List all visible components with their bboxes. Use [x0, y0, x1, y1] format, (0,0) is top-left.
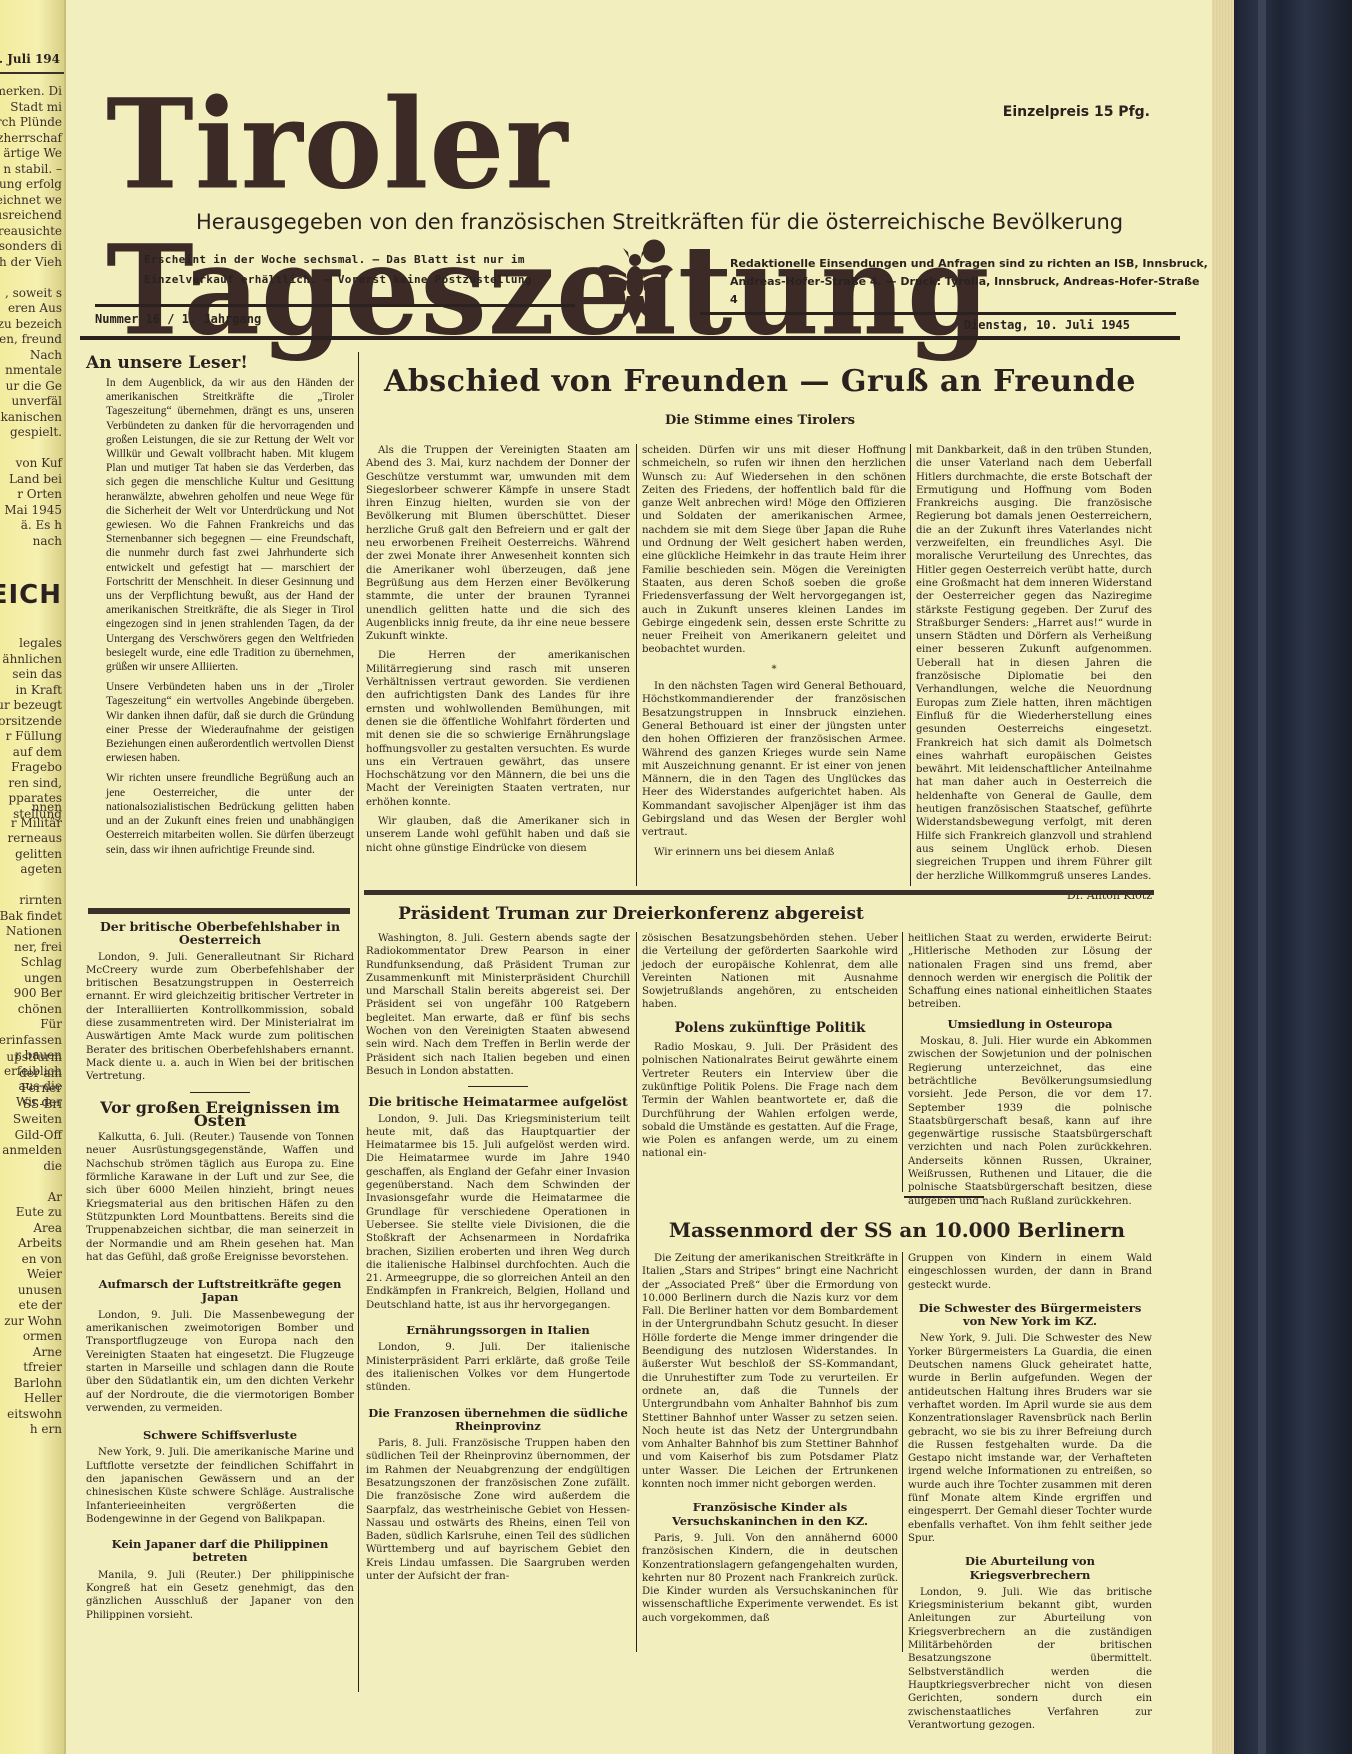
- adjacent-page-date: 9. Juli 194: [0, 52, 60, 66]
- adjacent-page-line: Mai 1945: [4, 503, 62, 517]
- book-page-edges: [1212, 0, 1234, 1754]
- leser-article: An unsere Leser! In dem Augenblick, da w…: [86, 352, 354, 863]
- adjacent-page-line: nach: [33, 534, 62, 548]
- adjacent-page-line: n stabil. –: [3, 162, 62, 176]
- adjacent-page-line: Sweiten: [13, 1112, 62, 1126]
- news-title: Schwere Schiffsverluste: [86, 1429, 354, 1442]
- news-body: Kalkutta, 6. Juli. (Reuter.) Tausende vo…: [86, 1131, 354, 1264]
- binding-stripe: [1258, 0, 1266, 1754]
- news-body: heitlichen Staat zu werden, erwiderte Be…: [908, 932, 1152, 1012]
- adjacent-page-line: Barlohn: [14, 1376, 62, 1390]
- issue-date: Dienstag, 10. Juli 1945: [964, 318, 1130, 332]
- leser-paragraph: Wir richten unsere freundliche Begrüßung…: [106, 771, 354, 856]
- publication-note-line: Erscheint in der Woche sechsmal. — Das B…: [144, 250, 532, 270]
- adjacent-page-line: SS-Bri: [23, 1097, 62, 1111]
- masthead-rule: [700, 312, 1176, 315]
- adjacent-page-line: Fragebo: [11, 760, 62, 774]
- adjacent-page-line: zur Wohn: [4, 1314, 62, 1328]
- article-paragraph: Wir glauben, daß die Amerikaner sich in …: [366, 815, 630, 855]
- adjacent-page-line: ur bezeugt: [0, 698, 62, 712]
- adjacent-page-line: Weier: [27, 1267, 62, 1281]
- adjacent-page-line: erikanischen: [0, 410, 62, 424]
- truman-article: Washington, 8. Juli. Gestern abends sagt…: [366, 932, 630, 1589]
- adjacent-page-line: Stadt mi: [10, 100, 62, 114]
- news-body: Paris, 8. Juli. Französische Truppen hab…: [366, 1437, 630, 1583]
- schwester-article: Gruppen von Kindern in einem Wald einges…: [908, 1252, 1152, 1738]
- news-body: Die Zeitung der amerikanischen Streitkrä…: [642, 1252, 898, 1491]
- adjacent-page-line: in Kraft: [16, 683, 63, 697]
- polen-article: zösischen Besatzungsbehörden stehen. Ueb…: [642, 932, 898, 1167]
- adjacent-page-line: ren sind,: [8, 776, 62, 790]
- editorial-note: Redaktionelle Einsendungen und Anfragen …: [730, 255, 1210, 309]
- adjacent-page-line: unusen: [18, 1283, 62, 1297]
- adjacent-page-line: ete der: [19, 1298, 62, 1312]
- adjacent-page-line: ähnlichen: [2, 652, 62, 666]
- adjacent-page-line: rirnten: [19, 893, 62, 907]
- adjacent-page-rule: [0, 72, 64, 74]
- adjacent-page-line: ormen: [23, 1329, 62, 1343]
- adjacent-page-line: ausreichend: [0, 208, 62, 222]
- adjacent-page-line: r Füllung: [6, 729, 62, 743]
- news-body: Washington, 8. Juli. Gestern abends sagt…: [366, 932, 630, 1078]
- news-body: London, 9. Juli. Wie das britische Krieg…: [908, 1586, 1152, 1732]
- short-divider: [904, 1196, 984, 1198]
- adjacent-page-line: r Orten: [17, 487, 62, 501]
- section-divider: [364, 890, 1154, 895]
- adjacent-page-line: unverfäl: [11, 394, 62, 408]
- editorial-note-line: Redaktionelle Einsendungen und Anfragen …: [730, 255, 1210, 273]
- adjacent-page-line: Land bei: [9, 472, 62, 486]
- massenmord-article: Die Zeitung der amerikanischen Streitkrä…: [642, 1252, 898, 1631]
- adjacent-page-line: Schlag: [21, 955, 62, 969]
- column-rule: [902, 932, 903, 1192]
- section-divider: [88, 908, 350, 914]
- news-title: Die britische Heimatarmee aufgelöst: [366, 1095, 630, 1108]
- column-rule: [910, 444, 911, 886]
- publication-note-line: Einzelverkauf erhältlich. — Vorerst kein…: [144, 270, 532, 290]
- leser-paragraph: Unsere Verbündeten haben uns in der „Tir…: [106, 680, 354, 765]
- adjacent-page-line: rch Plünde: [0, 115, 62, 129]
- umsiedlung-article: heitlichen Staat zu werden, erwiderte Be…: [908, 932, 1152, 1214]
- separator-star: *: [642, 663, 906, 676]
- main-headline: Abschied von Freunden — Gruß an Freunde: [370, 364, 1150, 399]
- adjacent-page-line: von Kuf: [16, 456, 62, 470]
- adjacent-page-line: ä. Es h: [21, 518, 62, 532]
- news-body: Paris, 9. Juli. Von den annähernd 6000 f…: [642, 1532, 898, 1625]
- adjacent-page-line: ung erfolg: [0, 177, 62, 191]
- issue-number: Nummer 16 / 1. Jahrgang: [95, 312, 261, 326]
- main-article-col-2: scheiden. Dürfen wir uns mit dieser Hoff…: [642, 444, 906, 865]
- news-body: Moskau, 8. Juli. Hier wurde ein Abkommen…: [908, 1035, 1152, 1208]
- column-rule: [636, 444, 637, 886]
- adjacent-page-line: en von: [22, 1252, 62, 1266]
- adjacent-page-line: anmelden: [2, 1143, 62, 1157]
- adjacent-page-heading: EICH: [0, 580, 62, 610]
- adjacent-page-line: , soweit s: [5, 286, 62, 300]
- news-body: Radio Moskau, 9. Juli. Der Präsident des…: [642, 1041, 898, 1161]
- adjacent-page-line: legales: [19, 636, 62, 650]
- tyrolean-eagle-icon: [595, 240, 675, 330]
- adjacent-page-line: nn Bak findet: [0, 909, 62, 923]
- publication-note: Erscheint in der Woche sechsmal. — Das B…: [144, 250, 532, 290]
- adjacent-page-line: ur die Ge: [6, 379, 62, 393]
- adjacent-page-line: ner, frei: [14, 940, 62, 954]
- news-title: Die Aburteilung von Kriegsverbrechern: [908, 1555, 1152, 1582]
- news-body: New York, 9. Juli. Die Schwester des New…: [908, 1332, 1152, 1545]
- leser-title: An unsere Leser!: [86, 352, 354, 374]
- massenmord-headline: Massenmord der SS an 10.000 Berlinern: [642, 1218, 1152, 1242]
- news-title: Polens zukünftige Politik: [642, 1022, 898, 1035]
- adjacent-page-line: Eute zu: [16, 1205, 62, 1219]
- adjacent-page-line: 900 Ber: [14, 986, 62, 1000]
- book-binding: [1234, 0, 1352, 1754]
- leser-paragraph: In dem Augenblick, da wir aus den Händen…: [106, 376, 354, 674]
- masthead-bottom-rule: [80, 336, 1180, 340]
- adjacent-page-line: Vorsitzende: [0, 714, 62, 728]
- adjacent-page-line: Nationen: [6, 924, 62, 938]
- adjacent-page-line: azherrschaf: [0, 131, 62, 145]
- masthead: Einzelpreis 15 Pfg. Tiroler Tageszeitung…: [80, 0, 1210, 335]
- news-body: zösischen Besatzungsbehörden stehen. Ueb…: [642, 932, 898, 1012]
- left-news-column: Der britische Oberbefehlshaber in Oester…: [86, 920, 354, 1628]
- news-body: London, 9. Juli. Generalleutnant Sir Ric…: [86, 951, 354, 1084]
- adjacent-page-line: sein das: [12, 667, 62, 681]
- adjacent-page-line: auf dem: [13, 745, 62, 759]
- adjacent-page-line: ungen: [24, 971, 62, 985]
- adjacent-page-line: Heller: [24, 1391, 62, 1405]
- adjacent-page-line: Arbeits: [18, 1236, 62, 1250]
- adjacent-page-line: gelitten: [15, 847, 62, 861]
- article-paragraph: Als die Truppen der Vereinigten Staaten …: [366, 444, 630, 643]
- adjacent-page-line: die: [43, 1159, 62, 1173]
- news-title: Französische Kinder als Versuchskaninche…: [642, 1501, 898, 1528]
- adjacent-page-line: h ern: [30, 1422, 62, 1436]
- adjacent-page-line: ärtige We: [3, 146, 62, 160]
- masthead-rule: [95, 304, 575, 307]
- adjacent-page-line: Ar: [48, 1190, 62, 1204]
- adjacent-page-line: r Militär: [11, 816, 62, 830]
- newspaper-subtitle: Herausgegeben von den französischen Stre…: [196, 210, 1123, 234]
- column-rule: [636, 932, 637, 1652]
- adjacent-page-line: chönen: [18, 1002, 62, 1016]
- editorial-note-line: Andreas-Hofer-Straße 4. — Druck: Tyrolia…: [730, 273, 1210, 309]
- column-rule: [358, 352, 359, 1692]
- adjacent-page-line: Ferner: [21, 1081, 62, 1095]
- news-title: Ernährungssorgen in Italien: [366, 1324, 630, 1337]
- short-divider: [190, 1092, 250, 1093]
- adjacent-page-line: sonders di: [0, 239, 62, 253]
- news-title: Kein Japaner darf die Philippinen betret…: [86, 1538, 354, 1565]
- main-article-col-3: mit Dankbarkeit, daß in den trüben Stund…: [916, 444, 1152, 902]
- adjacent-page-line: der am: [19, 1066, 62, 1080]
- article-paragraph: Wir erinnern uns bei diesem Anlaß: [642, 846, 906, 859]
- adjacent-page-line: ren, freund: [0, 332, 62, 346]
- news-title: Vor großen Ereignissen im Osten: [86, 1101, 354, 1128]
- adjacent-page-fragment: 9. Juli 194 merken. DiStadt mirch Plünde…: [0, 0, 66, 1754]
- news-title: Aufmarsch der Luftstreitkräfte gegen Jap…: [86, 1278, 354, 1305]
- adjacent-page-line: tfreier: [23, 1360, 62, 1374]
- news-body: London, 9. Juli. Die Massenbewegung der …: [86, 1309, 354, 1415]
- adjacent-page-line: Area: [33, 1221, 62, 1235]
- adjacent-page-line: ageten: [20, 862, 62, 876]
- adjacent-page-line: Für: [40, 1017, 62, 1031]
- adjacent-page-line: nnen: [32, 800, 62, 814]
- adjacent-page-line: zu bezeich: [0, 317, 62, 331]
- adjacent-page-line: reausichte: [0, 224, 62, 238]
- adjacent-page-line: rerneaus: [8, 831, 62, 845]
- main-article-col-1: Als die Truppen der Vereinigten Staaten …: [366, 444, 630, 861]
- news-title: Die Schwester des Bürgermeisters von New…: [908, 1302, 1152, 1329]
- adjacent-page-line: Nach: [30, 348, 62, 362]
- article-paragraph: scheiden. Dürfen wir uns mit dieser Hoff…: [642, 444, 906, 657]
- news-body: Manila, 9. Juli (Reuter.) Der philippini…: [86, 1569, 354, 1622]
- news-body: London, 9. Juli. Der italienische Minist…: [366, 1341, 630, 1394]
- truman-headline: Präsident Truman zur Dreierkonferenz abg…: [366, 904, 896, 924]
- column-rule: [902, 1252, 903, 1652]
- short-divider: [468, 1086, 528, 1087]
- news-title: Der britische Oberbefehlshaber in Oester…: [86, 920, 354, 947]
- adjacent-page-line: Arne: [33, 1345, 62, 1359]
- adjacent-page-line: upstfurm: [6, 1050, 62, 1064]
- news-title: Umsiedlung in Osteuropa: [908, 1018, 1152, 1031]
- article-paragraph: mit Dankbarkeit, daß in den trüben Stund…: [916, 444, 1152, 883]
- news-body: London, 9. Juli. Das Kriegsministerium t…: [366, 1113, 630, 1312]
- adjacent-page-line: eichnet we: [0, 193, 62, 207]
- main-subheadline: Die Stimme eines Tirolers: [370, 413, 1150, 428]
- adjacent-page-line: merken. Di: [0, 84, 62, 98]
- adjacent-page-line: erinfassen: [0, 1033, 62, 1047]
- news-title: Die Franzosen übernehmen die südliche Rh…: [366, 1407, 630, 1434]
- adjacent-page-line: eren Aus: [8, 301, 62, 315]
- news-body: Gruppen von Kindern in einem Wald einges…: [908, 1252, 1152, 1292]
- adjacent-page-line: h der Vieh: [0, 255, 62, 269]
- article-paragraph: In den nächsten Tagen wird General Betho…: [642, 680, 906, 840]
- adjacent-page-line: gespielt.: [10, 425, 62, 439]
- news-body: New York, 9. Juli. Die amerikanische Mar…: [86, 1446, 354, 1526]
- adjacent-page-line: eitswohn: [7, 1407, 62, 1421]
- adjacent-page-line: Gild-Off: [15, 1128, 62, 1142]
- article-paragraph: Die Herren der amerikanischen Militärreg…: [366, 649, 630, 809]
- adjacent-page-line: nmentale: [5, 363, 62, 377]
